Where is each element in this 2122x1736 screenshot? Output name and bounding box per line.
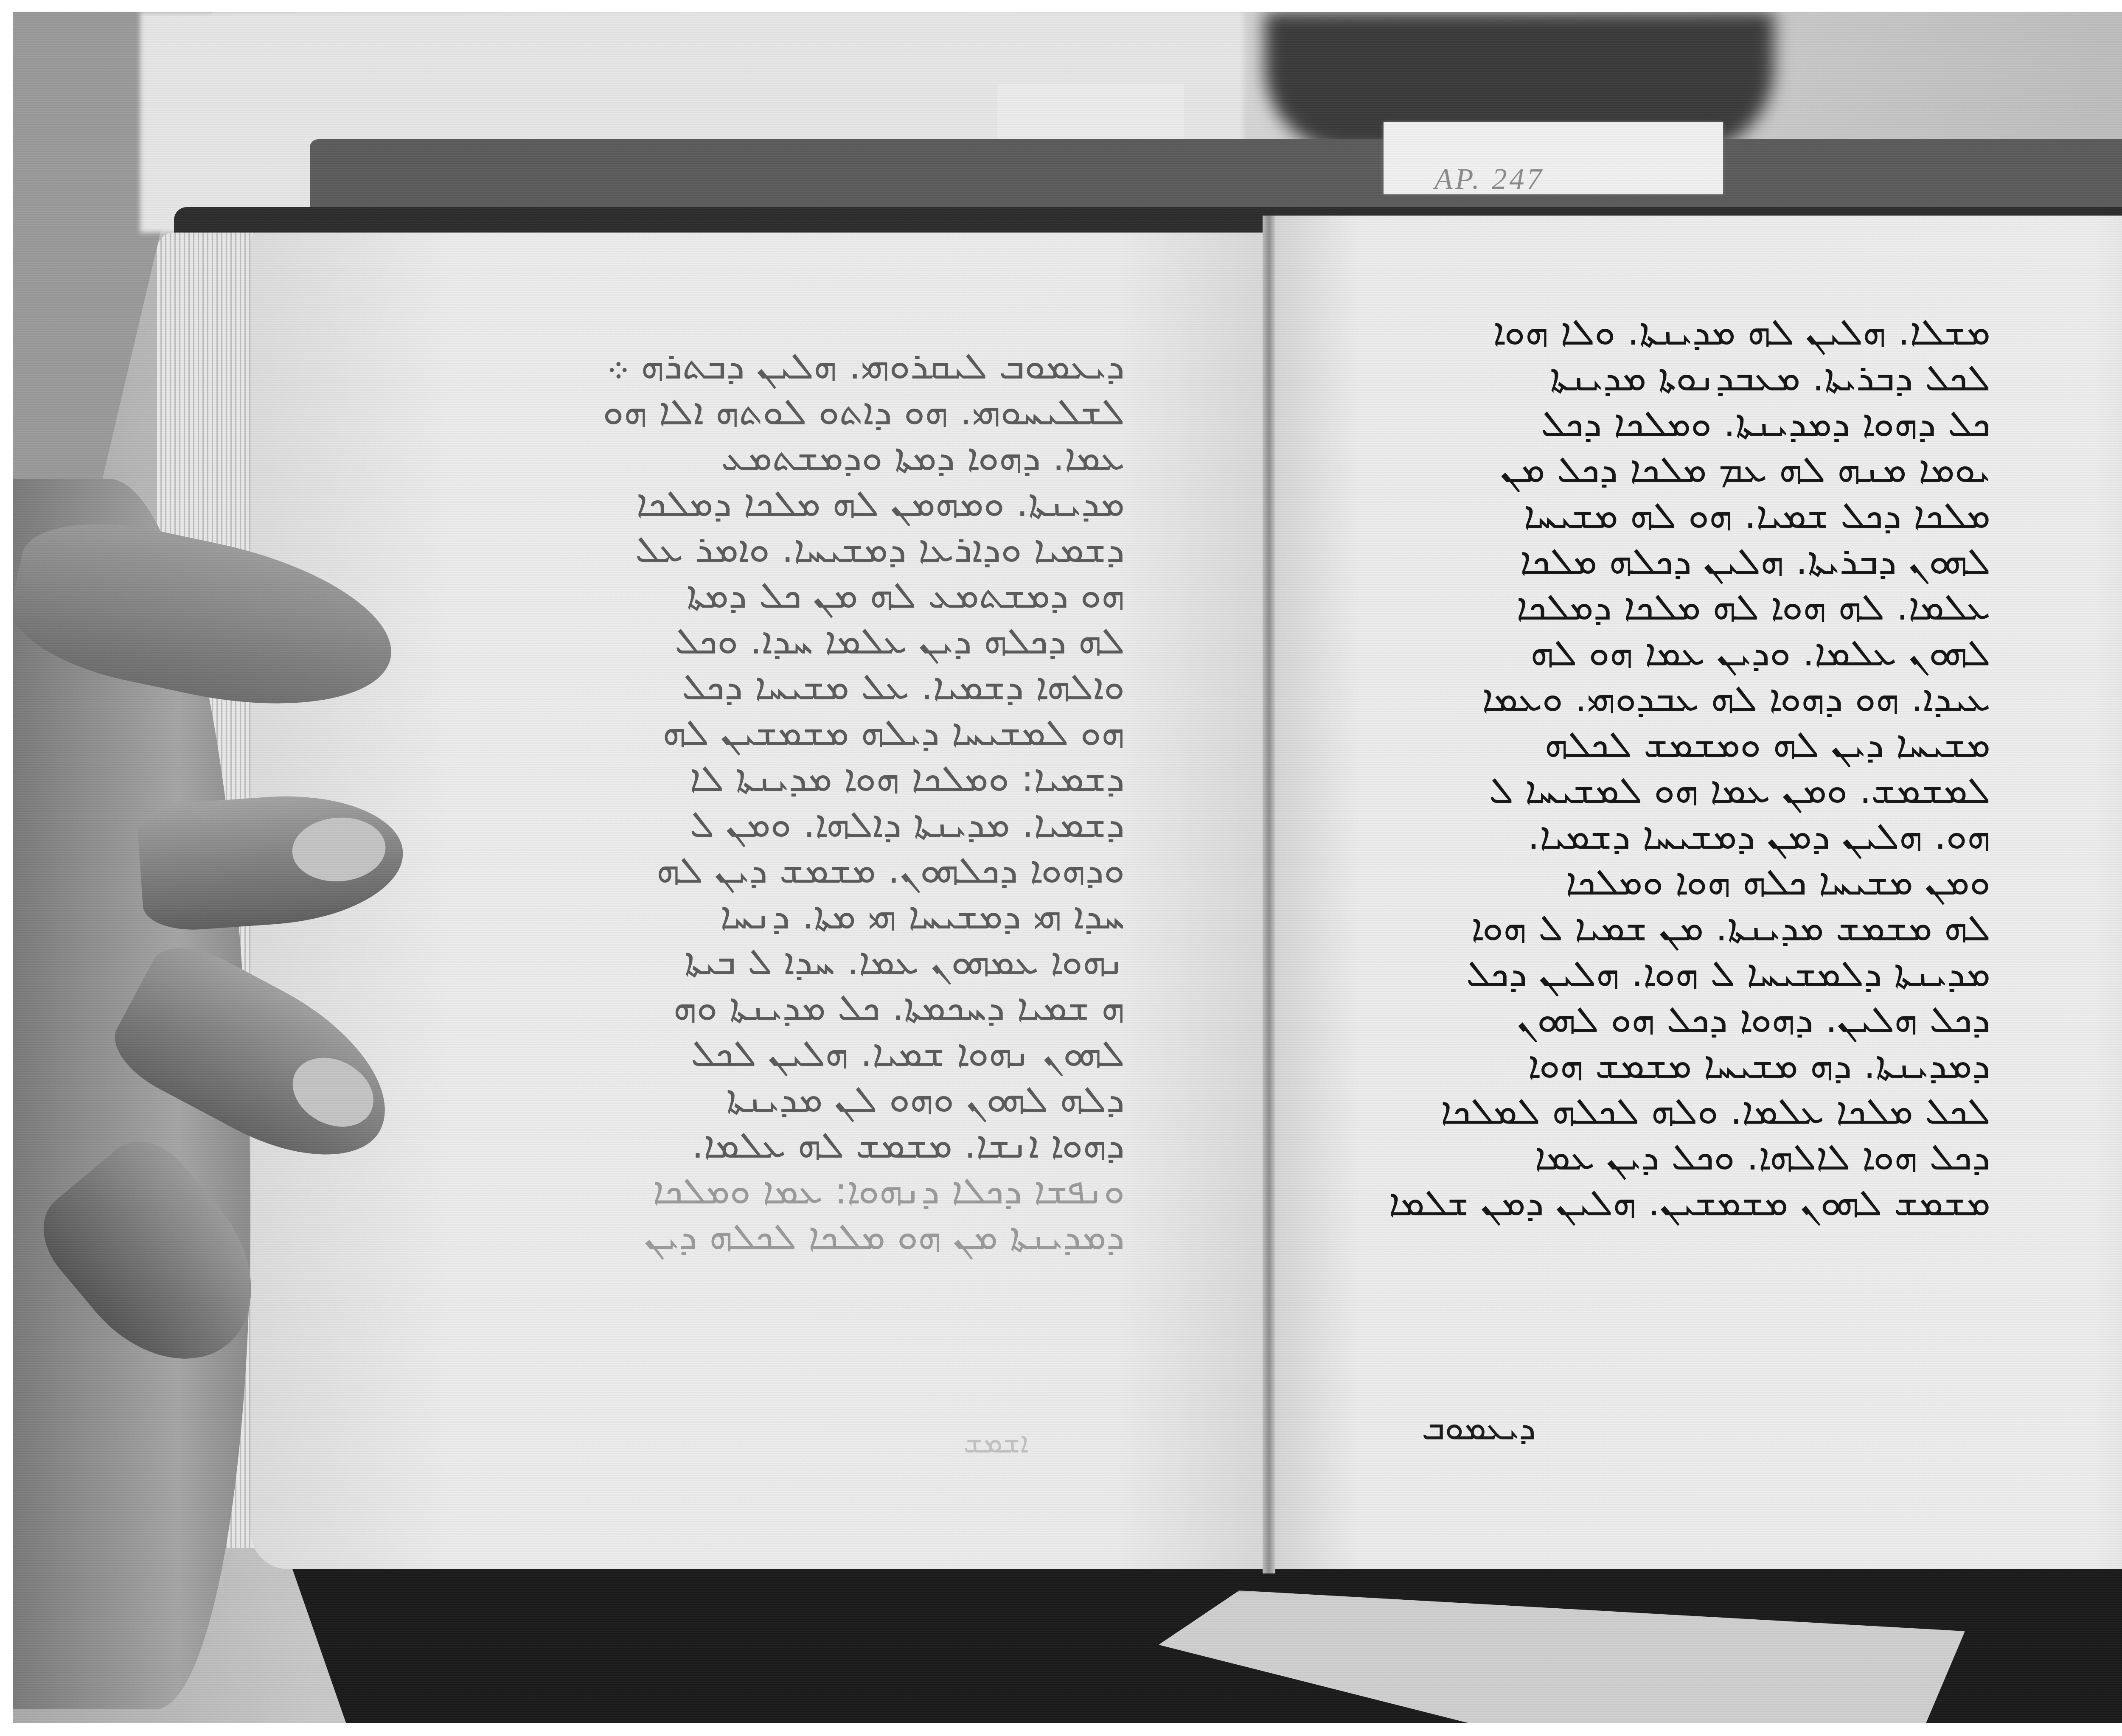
text-line: ܟܠ ܕܗܘܐ ܕܡܕܝܢܬܐ. ܘܡܠܟܐ ܕܟܠ <box>1371 401 1990 446</box>
photograph: AP. 247 ܟ ܕܝܥܡܘܒ ܠܝܩܪܘܗܝ. ܗܠܝܢ ܕܒܬܪܗ ܀ ܠ… <box>13 12 2122 1723</box>
text-line: ܗ ܫܡܝܐ ܕܚܟܡܬܐ. ܟܠ ܡܕܝܢܬܐ ܘܗ <box>471 984 1125 1030</box>
text-line: ܠܗܘܢ ܕܒܪܝܬܐ. ܗܠܝܢ ܕܟܠܗ ܡܠܟܐ <box>1371 538 1990 584</box>
text-line: ܚܕܐ ܗܝ ܕܡܫܝܚܐ ܗܝ ܡܬܐ. ܕܢܚܐ <box>471 893 1125 939</box>
text-line: ܠܡܫܡܫ. ܘܡܢ ܥܡܐ ܗܘ ܠܡܫܝܚܐ ܠ <box>1371 767 1990 813</box>
book-gutter <box>1263 216 1275 1573</box>
text-line: ܕܡܕܝܢܬܐ. ܕܗ ܡܫܝܚܐ ܡܫܡܫ ܗܘܐ <box>1371 1042 1990 1088</box>
left-page-text: ܕܝܥܡܘܒ ܠܝܩܪܘܗܝ. ܗܠܝܢ ܕܒܬܪܗ ܀ ܠܫܠܝܚܘܗܝ. ܗ… <box>471 343 1125 1259</box>
fingernail <box>290 814 388 884</box>
text-line: ܝܘܡܐ ܡܢܗ ܠܗ ܥܡ ܡܠܟܐ ܕܟܠ ܡܢ <box>1371 446 1990 492</box>
text-line: ܕܫܡܝܐ: ܘܡܠܟܐ ܗܘܐ ܡܕܝܢܬܐ ܠܐ <box>471 755 1125 801</box>
text-line: ܡܫܡܫ ܠܗܘܢ ܡܫܡܫܝܢ. ܗܠܝܢ ܕܡܢ ܫܠܡܐ <box>1371 1180 1990 1226</box>
text-line: ܕܡܕܝܢܬܐ ܡܢ ܗܘ ܡܠܟܐ ܠܟܠܗ ܕܝܢ <box>471 1214 1125 1259</box>
text-line: ܠܟܠ ܕܒܪܝܬܐ. ܡܥܒܕܢܘܬܐ ܡܕܝܢܬܐ <box>1371 355 1990 401</box>
text-line: ܗܘ ܠܡܫܝܚܐ ܕܝܠܗ ܡܫܡܫܝܢ ܠܗ <box>471 710 1125 755</box>
shelfmark-label: AP. 247 <box>1384 122 1723 194</box>
text-line: ܘܡܢ ܡܫܝܚܐ ܟܠܗ ܗܘܐ ܘܡܠܟܐ <box>1371 859 1990 905</box>
text-line: ܡܠܟܐ ܕܟܠ ܫܡܝܐ. ܗܘ ܠܗ ܡܫܝܚܐ <box>1371 492 1990 538</box>
right-page-catchword: ܕܝܥܡܘܒ <box>1422 1408 1536 1448</box>
text-line: ܕܠܗ ܠܗܘܢ ܘܗܘ ܠܢ ܡܕܝܢܬܐ <box>471 1076 1125 1122</box>
text-line: ܕܟܠ ܗܘܐ ܠܐܠܗܐ. ܘܟܠ ܕܝܢ ܥܡܐ <box>1371 1134 1990 1180</box>
text-line: ܗܘ ܕܡܫܬܡܥ ܠܗ ܡܢ ܟܠ ܕܡܬܐ <box>471 572 1125 618</box>
text-line: ܠܟܠ ܡܠܟܐ ܥܠܡܐ. ܘܠܗ ܠܟܠܗ ܠܡܠܟܐ <box>1371 1088 1990 1134</box>
left-page-catchword: ܐܫܡܫ <box>963 1425 1029 1460</box>
text-line: ܡܕܝܢܬܐ ܕܠܡܫܝܚܐ ܠ ܗܘܐ. ܗܠܝܢ ܕܟܠ <box>1371 951 1990 996</box>
text-line: ܕܫܡܝܐ ܘܕܐܪܥܐ ܕܡܫܝܚܐ. ܘܐܡܪ ܥܠ <box>471 526 1125 572</box>
right-page-text: ܡܫܠܐ. ܗܠܝܢ ܠܗ ܡܕܝܢܬܐ. ܘܠܐ ܗܘܐ ܠܟܠ ܕܒܪܝܬܐ… <box>1371 309 1990 1226</box>
text-line: ܕܫܡܝܐ. ܡܕܝܢܬܐ ܕܐܠܗܐ. ܘܡܢ ܠ <box>471 801 1125 847</box>
text-line: ܠܗܘܢ ܥܠܡܐ. ܘܕܝܢ ܥܡܐ ܗܘ ܠܗ <box>1371 630 1990 676</box>
text-line: ܘܕܗܘܐ ܕܟܠܗܘܢ. ܡܫܡܫ ܕܝܢ ܠܗ <box>471 847 1125 893</box>
text-line: ܡܫܠܐ. ܗܠܝܢ ܠܗ ܡܕܝܢܬܐ. ܘܠܐ ܗܘܐ <box>1371 309 1990 355</box>
text-line: ܥܡܐ. ܕܗܘܐ ܕܡܬܐ ܘܕܡܫܬܡܥ <box>471 435 1125 480</box>
text-line: ܘܐܠܗܐ ܕܫܡܝܐ. ܥܠ ܡܫܝܚܐ ܕܟܠ <box>471 664 1125 710</box>
text-line: ܘܢܦܫܐ ܕܟܠܐ ܕܢܗܘܐ: ܥܡܐ ܘܡܠܟܐ <box>471 1168 1125 1214</box>
text-line: ܢܗܘܐ ܥܡܗܘܢ ܥܡܐ. ܚܕܐ ܠ ܒܝܬܐ <box>471 939 1125 984</box>
text-line: ܕܗܘܐ ܐܢܫܐ. ܡܫܡܫ ܠܗ ܥܠܡܐ. <box>471 1122 1125 1168</box>
shelfmark-text: AP. 247 <box>1434 163 1544 196</box>
text-line: ܠܗ ܕܟܠܗ ܕܝܢ ܥܠܡܐ ܚܕܐ. ܘܟܠ <box>471 618 1125 664</box>
text-line: ܡܫܝܚܐ ܕܝܢ ܠܗ ܘܡܫܡܫ ܠܟܠܗ <box>1371 721 1990 767</box>
text-line: ܥܠܡܐ. ܠܗ ܗܘܐ ܠܗ ܡܠܟܐ ܕܡܠܟܐ <box>1371 584 1990 630</box>
text-line: ܡܕܝܢܬܐ. ܘܡܗܡܢ ܠܗ ܡܠܟܐ ܕܡܠܟܐ <box>471 480 1125 526</box>
text-line: ܥܝܕܐ. ܗܘ ܕܗܘܐ ܠܗ ܥܒܕܘܗܝ. ܘܥܡܐ <box>1371 676 1990 721</box>
text-line: ܠܗ ܡܫܡܫ ܡܕܝܢܬܐ. ܡܢ ܫܡܝܐ ܠ ܗܘܐ <box>1371 905 1990 951</box>
text-line: ܗܘ. ܗܠܝܢ ܕܡܢ ܕܡܫܝܚܐ ܕܫܡܝܐ. <box>1371 813 1990 859</box>
text-line: ܠܫܠܝܚܘܗܝ. ܗܘ ܕܐܬܘ ܠܘܬܗ ܐܠܐ ܗܘ <box>471 389 1125 435</box>
text-line: ܠܗܘܢ ܢܗܘܐ ܫܡܝܐ. ܗܠܝܢ ܠܟܠ <box>471 1030 1125 1076</box>
text-line: ܕܝܥܡܘܒ ܠܝܩܪܘܗܝ. ܗܠܝܢ ܕܒܬܪܗ ܀ <box>471 343 1125 389</box>
text-line: ܕܟܠ ܗܠܝܢ. ܕܗܘܐ ܕܟܠ ܗܘ ܠܗܘܢ <box>1371 996 1990 1042</box>
